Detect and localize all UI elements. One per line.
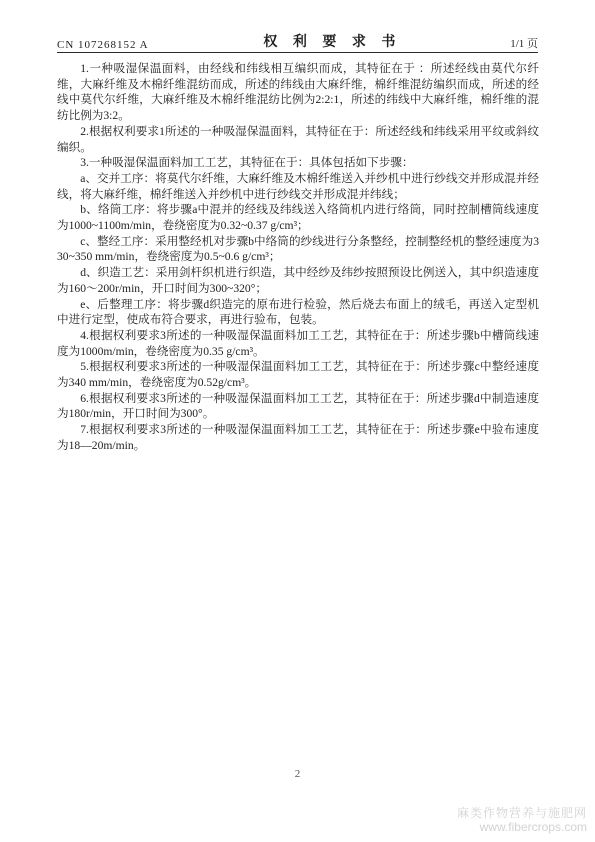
claims-text-body: 1.一种吸湿保温面料，由经线和纬线相互编织而成，其特征在于 ：所述经线由莫代尔纤… — [57, 61, 539, 454]
claim-4: 4.根据权利要求3所述的一种吸湿保温面料加工工艺，其特征在于：所述步骤b中槽筒线… — [57, 328, 539, 359]
watermark-site-name: 麻类作物营养与施肥网 — [457, 806, 587, 820]
claim-3-step-c: c、整经工序：采用整经机对步骤b中络筒的纱线进行分条整经，控制整经机的整经速度为… — [57, 234, 539, 265]
page-number: 2 — [0, 768, 595, 780]
claim-3-step-e: e、后整理工序：将步骤d织造完的原布进行检验，然后烧去布面上的绒毛，再送入定型机… — [57, 297, 539, 328]
document-title: 权 利 要 求 书 — [263, 31, 401, 51]
claim-6: 6.根据权利要求3所述的一种吸湿保温面料加工工艺，其特征在于：所述步骤d中制造速… — [57, 391, 539, 422]
page-header: CN 107268152 A 权 利 要 求 书 1/1 页 — [57, 34, 538, 51]
claim-2: 2.根据权利要求1所述的一种吸湿保温面料，其特征在于：所述经线和纬线采用平纹或斜… — [57, 124, 539, 155]
patent-number: CN 107268152 A — [57, 39, 149, 51]
claim-3: 3.一种吸湿保温面料加工工艺，其特征在于：具体包括如下步骤： — [57, 155, 539, 171]
claim-1: 1.一种吸湿保温面料，由经线和纬线相互编织而成，其特征在于 ：所述经线由莫代尔纤… — [57, 61, 539, 124]
claim-3-step-a: a、交并工序：将莫代尔纤维，大麻纤维及木棉纤维送入并纱机中进行纱线交并形成混并经… — [57, 171, 539, 202]
watermark: 麻类作物营养与施肥网 www.fibercrops.com — [457, 806, 587, 834]
sheet-page-indicator: 1/1 页 — [510, 35, 538, 51]
claim-7: 7.根据权利要求3所述的一种吸湿保温面料加工工艺，其特征在于：所述步骤e中验布速… — [57, 422, 539, 453]
patent-claims-page: CN 107268152 A 权 利 要 求 书 1/1 页 1.一种吸湿保温面… — [0, 0, 595, 842]
watermark-site-url: www.fibercrops.com — [457, 820, 587, 834]
claim-5: 5.根据权利要求3所述的一种吸湿保温面料加工工艺，其特征在于：所述步骤c中整经速… — [57, 359, 539, 390]
claim-3-step-d: d、织造工艺：采用剑杆织机进行织造，其中经纱及纬纱按照预设比例送入，其中织造速度… — [57, 265, 539, 296]
claim-3-step-b: b、络筒工序：将步骤a中混并的经线及纬线送入络筒机内进行络筒，同时控制槽筒线速度… — [57, 202, 539, 233]
header-divider-rule — [57, 52, 538, 53]
